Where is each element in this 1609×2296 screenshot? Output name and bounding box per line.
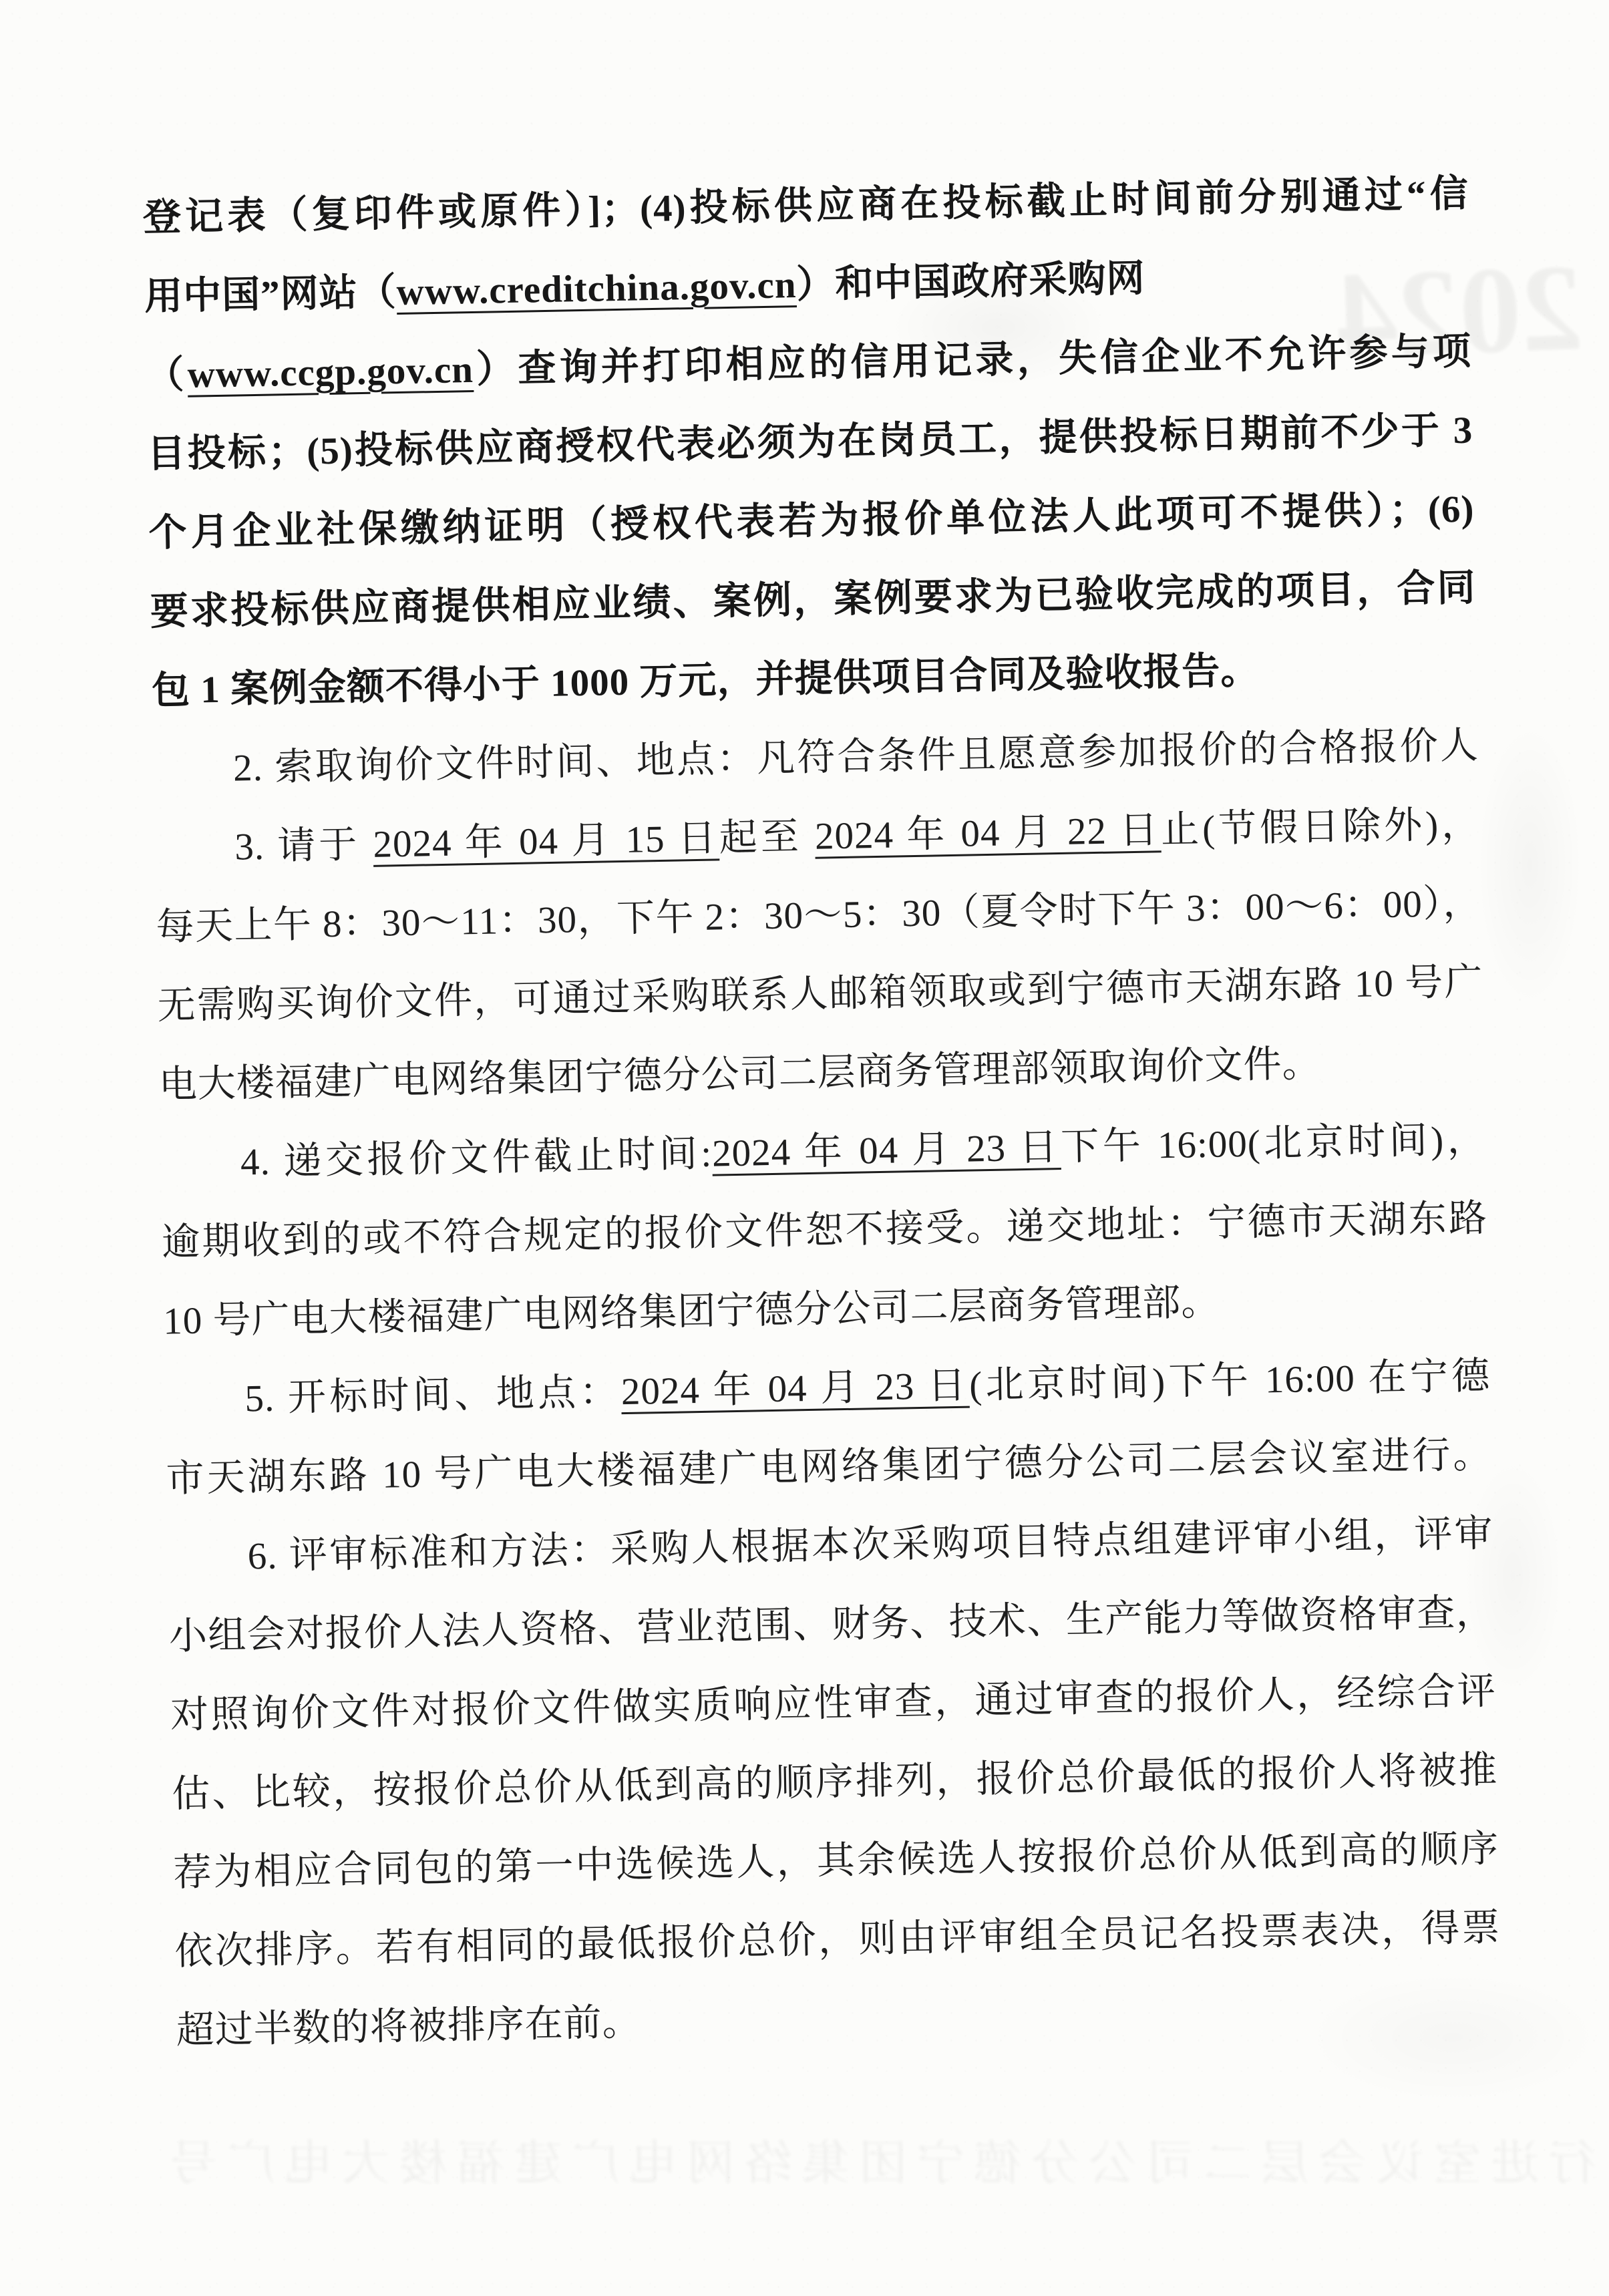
text-run: 用中国”网站（	[144, 271, 397, 318]
underlined-text: 2024 年 04 月 15 日	[373, 817, 719, 865]
underlined-text: www.creditchina.gov.cn	[396, 264, 797, 313]
text-run: 每天上午 8：30～11：30，下午 2：30～5：30（夏令时下午 3：00～…	[156, 882, 1482, 948]
text-run: 登记表（复印件或原件）]；(4)投标供应商在投标截止时间前分别通过“信	[142, 173, 1469, 239]
text-run: 荐为相应合同包的第一中选候选人，其余候选人按报价总价从低到高的顺序	[173, 1828, 1499, 1894]
underlined-text: 2024 年 04 月 23 日	[712, 1126, 1061, 1175]
text-run: ）和中国政府采购网	[796, 258, 1145, 307]
text-run: 依次排序。若有相同的最低报价总价，则由评审组全员记名投票表决，得票	[174, 1907, 1501, 1973]
text-run: 5. 开标时间、地点：	[244, 1371, 622, 1420]
text-run: 无需购买询价文件，可通过采购联系人邮箱领取或到宁德市天湖东路 10 号广	[157, 961, 1483, 1027]
text-run: 4. 递交报价文件截止时间:	[240, 1133, 712, 1184]
text-run: 小组会对报价人法人资格、营业范围、财务、技术、生产能力等做资格审查，	[168, 1591, 1495, 1657]
text-run: 个月企业社保缴纳证明（授权代表若为报价单位法人此项可不提供）；(6)	[148, 488, 1475, 554]
text-run: 止(节假日除外)，	[1161, 803, 1481, 851]
text-run: (北京时间)下午 16:00 在宁德	[969, 1355, 1491, 1406]
text-run: 超过半数的将被排序在前。	[176, 2001, 641, 2052]
underlined-text: 2024 年 04 月 23 日	[620, 1365, 969, 1414]
text-run: 要求投标供应商提供相应业绩、案例，案例要求为已验收完成的项目，合同	[150, 567, 1476, 633]
scanned-document-page: 2024 行进室议会层二司公分德宁团集络网电广建福楼大电广号 登记表（复印件或原…	[0, 0, 1609, 2296]
text-run: 电大楼福建广电网络集团宁德分公司二层商务管理部领取询价文件。	[158, 1043, 1321, 1106]
text-run: 10 号广电大楼福建广电网络集团宁德分公司二层商务管理部。	[163, 1281, 1220, 1343]
text-run: 2. 索取询价文件时间、地点：凡符合条件且愿意参加报价的合格报价人	[233, 724, 1479, 789]
text-run: 包 1 案例金额不得小于 1000 万元，并提供项目合同及验收报告。	[151, 649, 1259, 711]
text-run: 起至	[719, 816, 815, 860]
text-run: 逾期收到的或不符合规定的报价文件恕不接受。递交地址：宁德市天湖东路	[162, 1197, 1488, 1263]
bleedthrough-text-line: 行进室议会层二司公分德宁团集络网电广建福楼大电广号	[154, 2124, 1596, 2194]
text-run: 6. 评审标准和方法：采购人根据本次采购项目特点组建评审小组，评审	[247, 1512, 1493, 1577]
text-run: （	[146, 354, 188, 397]
document-text-block: 登记表（复印件或原件）]；(4)投标供应商在投标截止时间前分别通过“信用中国”网…	[142, 155, 1503, 2071]
text-run: ）查询并打印相应的信用记录，失信企业不允许参与项	[473, 331, 1471, 391]
text-run: 下午 16:00(北京时间)，	[1061, 1118, 1487, 1168]
text-run: 估、比较，按报价总价从低到高的顺序排列，报价总价最低的报价人将被推	[172, 1749, 1498, 1815]
text-run: 对照询价文件对报价文件做实质响应性审查，通过审查的报价人，经综合评	[170, 1670, 1497, 1736]
text-run: 3. 请于	[234, 824, 373, 868]
scan-smudge	[1476, 721, 1583, 1009]
text-run: 目投标；(5)投标供应商授权代表必须为在岗员工，提供投标日期前不少于 3	[147, 409, 1473, 476]
underlined-text: www.ccgp.gov.cn	[187, 349, 474, 396]
text-run: 市天湖东路 10 号广电大楼福建广电网络集团宁德分公司二层会议室进行。	[166, 1434, 1492, 1500]
underlined-text: 2024 年 04 月 22 日	[814, 809, 1161, 857]
